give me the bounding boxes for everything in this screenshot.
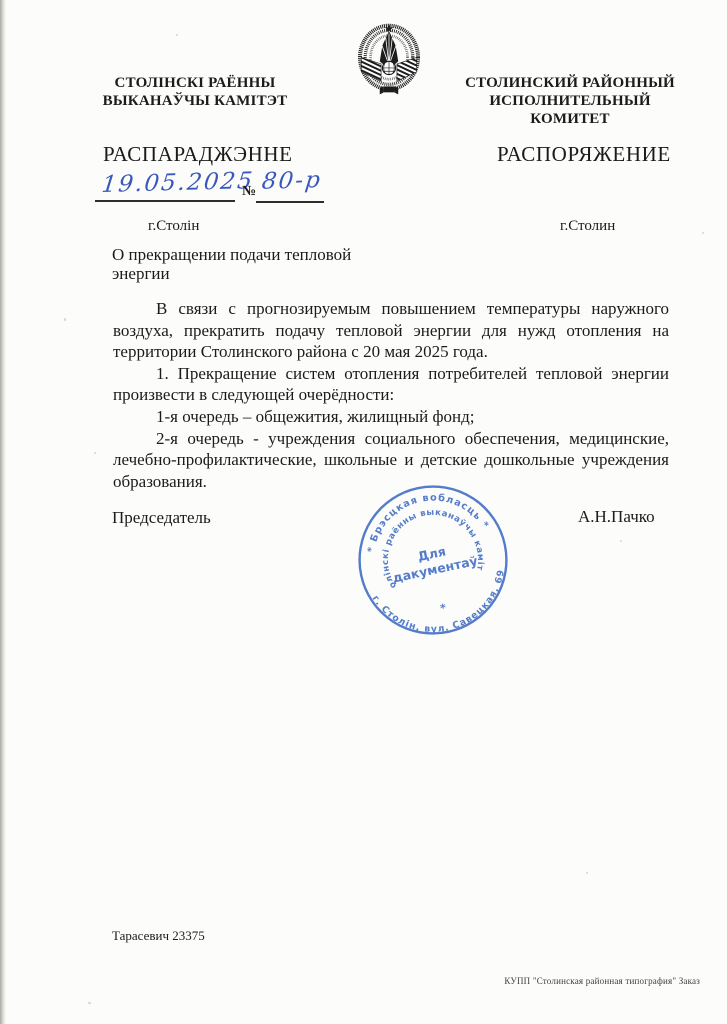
doc-title-russian: РАСПОРЯЖЕНИЕ [497, 142, 671, 167]
org-name-belarusian: СТОЛІНСКІ РАЁННЫ ВЫКАНАЎЧЫ КАМІТЭТ [95, 74, 295, 110]
subject-block: О прекращении подачи тепловой энергии [112, 246, 412, 283]
org-ru-line2: ИСПОЛНИТЕЛЬНЫЙ КОМИТЕТ [450, 92, 690, 128]
belarus-coat-of-arms-icon [356, 22, 422, 102]
paragraph: 1-я очередь – общежития, жилищный фонд; [113, 406, 669, 428]
official-round-stamp: * Брэсцкая вобласць * г. Столін, вул. Са… [339, 466, 526, 653]
date-underline [95, 200, 235, 202]
paragraph: 2-я очередь - учреждения социального обе… [113, 428, 669, 493]
stamp-bottom-star: * [439, 601, 448, 615]
print-house-note: КУПП "Столинская районная типография" За… [504, 976, 700, 986]
doc-title-belarusian: РАСПАРАДЖЭННЕ [103, 142, 293, 167]
executor-note: Тарасевич 23375 [112, 928, 205, 944]
org-name-russian: СТОЛИНСКИЙ РАЙОННЫЙ ИСПОЛНИТЕЛЬНЫЙ КОМИТ… [450, 74, 690, 128]
paper-speck [702, 232, 704, 234]
org-by-line2: ВЫКАНАЎЧЫ КАМІТЭТ [95, 92, 295, 110]
org-ru-line1: СТОЛИНСКИЙ РАЙОННЫЙ [450, 74, 690, 92]
document-body: В связи с прогнозируемым повышением темп… [113, 298, 669, 492]
signature-title: Председатель [112, 508, 211, 528]
paper-speck [586, 872, 588, 874]
subject-line1: О прекращении подачи тепловой [112, 246, 412, 265]
handwritten-date: 19.05.2025 [100, 168, 255, 198]
scan-edge-shadow [0, 0, 6, 1024]
scanned-document-page: СТОЛІНСКІ РАЁННЫ ВЫКАНАЎЧЫ КАМІТЭТ СТОЛИ… [0, 0, 727, 1024]
city-belarusian: г.Столін [148, 218, 199, 235]
city-russian: г.Столин [560, 218, 615, 235]
signature-name: А.Н.Пачко [578, 507, 655, 527]
paper-speck [620, 540, 622, 542]
paper-speck [94, 452, 96, 454]
org-by-line1: СТОЛІНСКІ РАЁННЫ [95, 74, 295, 92]
paper-speck [176, 34, 178, 36]
paper-speck [64, 318, 66, 321]
paragraph: 1. Прекращение систем отопления потребит… [113, 363, 669, 406]
handwritten-number: 80-р [260, 167, 323, 195]
paper-speck [88, 1002, 91, 1004]
paragraph: В связи с прогнозируемым повышением темп… [113, 298, 669, 363]
number-underline [256, 201, 324, 203]
subject-line2: энергии [112, 265, 412, 284]
number-sign: № [242, 184, 256, 200]
